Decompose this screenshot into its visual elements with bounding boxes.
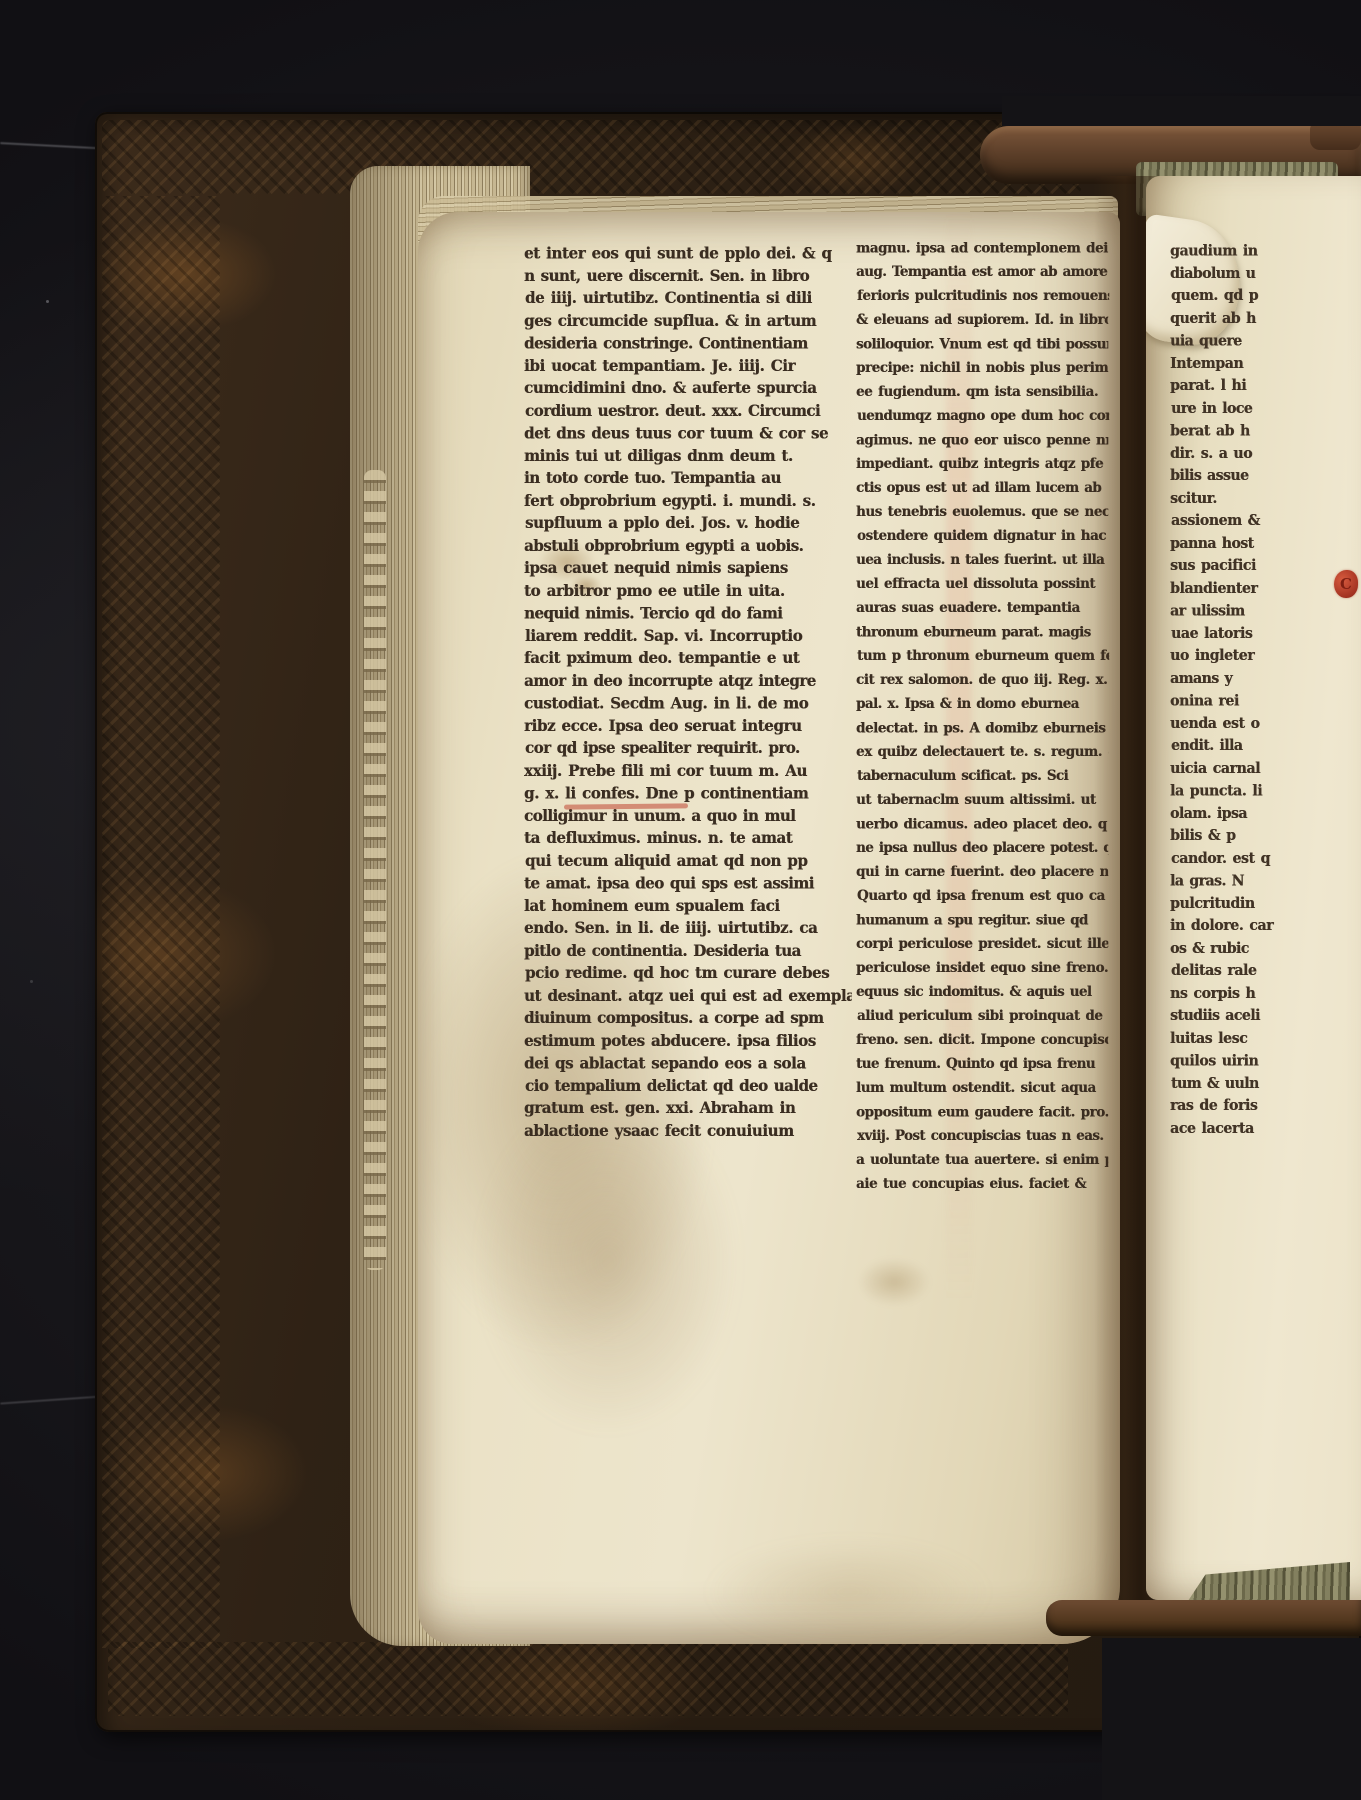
manuscript-text-line: g. x. li confes. Dne p continentiam <box>524 782 852 805</box>
manuscript-text-line: ras de foris <box>1170 1095 1361 1118</box>
manuscript-text-line: in dolore. car <box>1170 915 1361 938</box>
parchment-stain <box>858 1258 930 1306</box>
manuscript-text-line: tabernaculum scificat. ps. Sci <box>857 764 1109 788</box>
manuscript-text-line: ipsa cauet nequid nimis sapiens <box>524 557 852 580</box>
manuscript-text-line: la puncta. li <box>1170 780 1361 803</box>
facing-recto-page: gaudium indiabolum uquem. qd pquerit ab … <box>1146 176 1361 1600</box>
dust-speck <box>46 300 49 303</box>
manuscript-text-line: ostendere quidem dignatur in hac ca <box>857 524 1109 548</box>
manuscript-text-line: custodiat. Secdm Aug. in li. de mo <box>524 692 852 715</box>
manuscript-text-line: cio tempalium delictat qd deo ualde <box>525 1075 853 1098</box>
text-column-left: et inter eos qui sunt de pplo dei. & qn … <box>524 242 852 1142</box>
manuscript-text-line: amor in deo incorrupte atqz integre <box>524 670 852 693</box>
manuscript-text-line: pal. x. Ipsa & in domo eburnea <box>856 692 1108 716</box>
manuscript-text-line: lum multum ostendit. sicut aqua <box>856 1076 1108 1100</box>
manuscript-text-line: Quarto qd ipsa frenum est quo ca <box>857 884 1109 908</box>
manuscript-text-line: quem. qd p <box>1171 285 1361 308</box>
dust-speck <box>30 980 33 983</box>
manuscript-text-line: ut desinant. atqz uei qui est ad exempla… <box>524 985 852 1008</box>
manuscript-text-line: uendumqz magno ope dum hoc cor <box>857 404 1109 428</box>
manuscript-text-line: gaudium in <box>1170 240 1361 263</box>
manuscript-text-line: ribz ecce. Ipsa deo seruat integru <box>524 715 852 738</box>
manuscript-text-line: qui tecum aliquid amat qd non pp <box>525 850 853 873</box>
manuscript-text-line: abstuli obprobrium egypti a uobis. <box>524 535 852 558</box>
manuscript-text-line: uae latoris <box>1171 623 1361 646</box>
manuscript-text-line: uel effracta uel dissoluta possint <box>856 572 1108 596</box>
manuscript-text-line: magnu. ipsa ad contemplonem dei spat. <box>856 236 1108 260</box>
manuscript-text-line: impediant. quibz integris atqz pfe <box>856 452 1108 476</box>
manuscript-text-line: assionem & <box>1171 510 1361 533</box>
manuscript-text-line: ure in loce <box>1171 398 1361 421</box>
manuscript-text-line: de iiij. uirtutibz. Continentia si dili <box>525 287 853 310</box>
manuscript-text-line: ace lacerta <box>1170 1118 1361 1141</box>
manuscript-text-line: olam. ipsa <box>1170 803 1361 826</box>
cover-tooled-border-top <box>102 120 1082 194</box>
manuscript-text-line: ut tabernaclm suum altissimi. ut <box>856 788 1108 812</box>
manuscript-text-line: in toto corde tuo. Tempantia au <box>524 467 852 490</box>
manuscript-text-line: cor qd ipse spealiter requirit. pro. <box>525 737 853 760</box>
manuscript-text-line: la gras. N <box>1170 870 1361 893</box>
manuscript-text-line: tum p thronum eburneum quem fe <box>857 644 1109 668</box>
manuscript-text-line: tue frenum. Quinto qd ipsa frenu <box>856 1052 1108 1076</box>
manuscript-text-line: pcio redime. qd hoc tm curare debes <box>525 962 853 985</box>
manuscript-text-line: ferioris pulcritudinis nos remouens <box>857 284 1109 308</box>
cover-tooled-border-bottom <box>108 1642 1068 1716</box>
cover-tooled-border-left <box>102 196 220 1648</box>
manuscript-text-line: freno. sen. dicit. Impone concupiscie <box>856 1028 1108 1052</box>
manuscript-text-line: oppositum eum gaudere facit. pro. <box>856 1100 1108 1124</box>
manuscript-photo: et inter eos qui sunt de pplo dei. & qn … <box>0 0 1361 1800</box>
manuscript-text-line: soliloquior. Vnum est qd tibi possum <box>856 332 1108 356</box>
spine-strap-bottom <box>1046 1600 1361 1636</box>
manuscript-text-line: bilis assue <box>1170 465 1361 488</box>
manuscript-text-line: aliud periculum sibi proinquat de <box>857 1004 1109 1028</box>
text-column-facing: gaudium indiabolum uquem. qd pquerit ab … <box>1170 240 1361 1140</box>
manuscript-text-line: equus sic indomitus. & aquis uel <box>856 980 1108 1004</box>
manuscript-text-line: os & rubic <box>1170 938 1361 961</box>
manuscript-text-line: ges circumcide supflua. & in artum <box>524 310 852 333</box>
manuscript-text-line: te amat. ipsa deo qui sps est assimi <box>524 872 852 895</box>
manuscript-text-line: aie tue concupias eius. faciet & <box>856 1172 1108 1196</box>
manuscript-text-line: uenda est o <box>1170 713 1361 736</box>
manuscript-text-line: sus pacifici <box>1170 555 1361 578</box>
manuscript-text-line: uerbo dicamus. adeo placet deo. q si <box>856 812 1108 836</box>
manuscript-text-line: diuinum compositus. a corpe ad spm <box>524 1007 852 1030</box>
manuscript-text-line: gratum est. gen. xxi. Abraham in <box>524 1097 852 1120</box>
manuscript-text-line: studiis aceli <box>1170 1005 1361 1028</box>
background-mask-bottom-right <box>1102 1638 1361 1800</box>
manuscript-text-line: humanum a spu regitur. siue qd <box>856 908 1108 932</box>
manuscript-text-line: liarem reddit. Sap. vi. Incorruptio <box>525 625 853 648</box>
manuscript-text-line: ablactione ysaac fecit conuiuium <box>524 1120 852 1143</box>
manuscript-text-line: pitlo de continentia. Desideria tua <box>524 940 852 963</box>
manuscript-text-line: ibi uocat tempantiam. Je. iiij. Cir <box>524 355 852 378</box>
manuscript-text-line: ar ulissim <box>1170 600 1361 623</box>
manuscript-text-line: minis tui ut diligas dnm deum t. <box>524 445 852 468</box>
text-column-right: magnu. ipsa ad contemplonem dei spat.aug… <box>856 236 1108 1196</box>
manuscript-text-line: onina rei <box>1170 690 1361 713</box>
manuscript-text-line: corpi periculose presidet. sicut ille q <box>856 932 1108 956</box>
manuscript-text-line: uea inclusis. n tales fuerint. ut illa <box>856 548 1108 572</box>
manuscript-text-line: Intempan <box>1170 353 1361 376</box>
manuscript-text-line: quilos uirin <box>1170 1050 1361 1073</box>
manuscript-text-line: pulcritudin <box>1170 893 1361 916</box>
manuscript-text-line: xviij. Post concupiscias tuas n eas. <box>857 1124 1109 1148</box>
manuscript-text-line: tum & uuln <box>1171 1073 1361 1096</box>
manuscript-text-line: nequid nimis. Tercio qd do fami <box>524 602 852 625</box>
manuscript-text-line: candor. est q <box>1171 848 1361 871</box>
manuscript-text-line: amans y <box>1170 668 1361 691</box>
background-mask-top-right <box>1002 96 1361 126</box>
manuscript-text-line: cumcidimini dno. & auferte spurcia <box>524 377 852 400</box>
verso-page: et inter eos qui sunt de pplo dei. & qn … <box>418 212 1120 1644</box>
manuscript-text-line: agimus. ne quo eor uisco penne nre <box>856 428 1108 452</box>
manuscript-text-line: dir. s. a uo <box>1170 443 1361 466</box>
parchment-stain <box>708 1542 988 1642</box>
manuscript-text-line: ctis opus est ut ad illam lucem ab <box>856 476 1108 500</box>
manuscript-text-line: det dns deus tuus cor tuum & cor se <box>524 422 852 445</box>
manuscript-text-line: panna host <box>1170 533 1361 556</box>
manuscript-text-line: qui in carne fuerint. deo placere n p <box>856 860 1108 884</box>
manuscript-text-line: bilis & p <box>1170 825 1361 848</box>
manuscript-text-line: & eleuans ad supiorem. Id. in libro <box>856 308 1108 332</box>
manuscript-text-line: blandienter <box>1170 578 1361 601</box>
manuscript-text-line: a uoluntate tua auertere. si enim pstes <box>856 1148 1108 1172</box>
manuscript-text-line: uo ingleter <box>1170 645 1361 668</box>
manuscript-text-line: ns corpis h <box>1170 983 1361 1006</box>
manuscript-text-line: supfluum a pplo dei. Jos. v. hodie <box>525 512 853 535</box>
manuscript-text-line: cordium uestror. deut. xxx. Circumci <box>525 400 853 423</box>
manuscript-text-line: endit. illa <box>1171 735 1361 758</box>
manuscript-text-line: delitas rale <box>1171 960 1361 983</box>
manuscript-text-line: ne ipsa nullus deo placere potest. q <box>856 836 1108 860</box>
manuscript-text-line: aug. Tempantia est amor ab amore in <box>856 260 1108 284</box>
manuscript-text-line: querit ab h <box>1170 308 1361 331</box>
manuscript-text-line: luitas lesc <box>1170 1028 1361 1051</box>
manuscript-text-line: parat. l hi <box>1170 375 1361 398</box>
manuscript-text-line: precipe: nichil in nobis plus perime <box>856 356 1108 380</box>
manuscript-text-line: periculose insidet equo sine freno. <box>856 956 1108 980</box>
manuscript-text-line: uia quere <box>1170 330 1361 353</box>
manuscript-text-line: desideria constringe. Continentiam <box>524 332 852 355</box>
manuscript-text-line: ee fugiendum. qm ista sensibilia. <box>856 380 1108 404</box>
manuscript-text-line: hus tenebris euolemus. que se nec <box>856 500 1108 524</box>
manuscript-text-line: delectat. in ps. A domibz eburneis <box>856 716 1108 740</box>
red-initial-mark: C <box>1334 570 1358 598</box>
manuscript-text-line: ex quibz delectauert te. s. regum. & <box>856 740 1108 764</box>
manuscript-text-line: ta defluximus. minus. n. te amat <box>524 827 852 850</box>
manuscript-text-line: cit rex salomon. de quo iij. Reg. x. p <box>856 668 1108 692</box>
manuscript-text-line: xxiij. Prebe fili mi cor tuum m. Au <box>524 760 852 783</box>
manuscript-text-line: facit pximum deo. tempantie e ut <box>524 647 852 670</box>
manuscript-text-line: diabolum u <box>1170 263 1361 286</box>
manuscript-text-line: fert obprobrium egypti. i. mundi. s. <box>524 490 852 513</box>
manuscript-text-line: estimum potes abducere. ipsa filios <box>524 1030 852 1053</box>
manuscript-text-line: dei qs ablactat sepando eos a sola <box>524 1052 852 1075</box>
manuscript-text-line: n sunt, uere discernit. Sen. in libro <box>524 265 852 288</box>
manuscript-text-line: et inter eos qui sunt de pplo dei. & q <box>524 242 852 265</box>
parchment-stain <box>478 1092 738 1432</box>
manuscript-text-line: scitur. <box>1170 488 1361 511</box>
manuscript-text-line: endo. Sen. in li. de iiij. uirtutibz. ca <box>524 917 852 940</box>
page-edge-stitch-marks <box>364 470 386 1270</box>
manuscript-text-line: lat hominem eum spualem faci <box>524 895 852 918</box>
manuscript-text-line: to arbitror pmo ee utile in uita. <box>524 580 852 603</box>
manuscript-text-line: berat ab h <box>1170 420 1361 443</box>
manuscript-text-line: uicia carnal <box>1170 758 1361 781</box>
manuscript-text-line: auras suas euadere. tempantia <box>856 596 1108 620</box>
manuscript-text-line: thronum eburneum parat. magis <box>856 620 1108 644</box>
